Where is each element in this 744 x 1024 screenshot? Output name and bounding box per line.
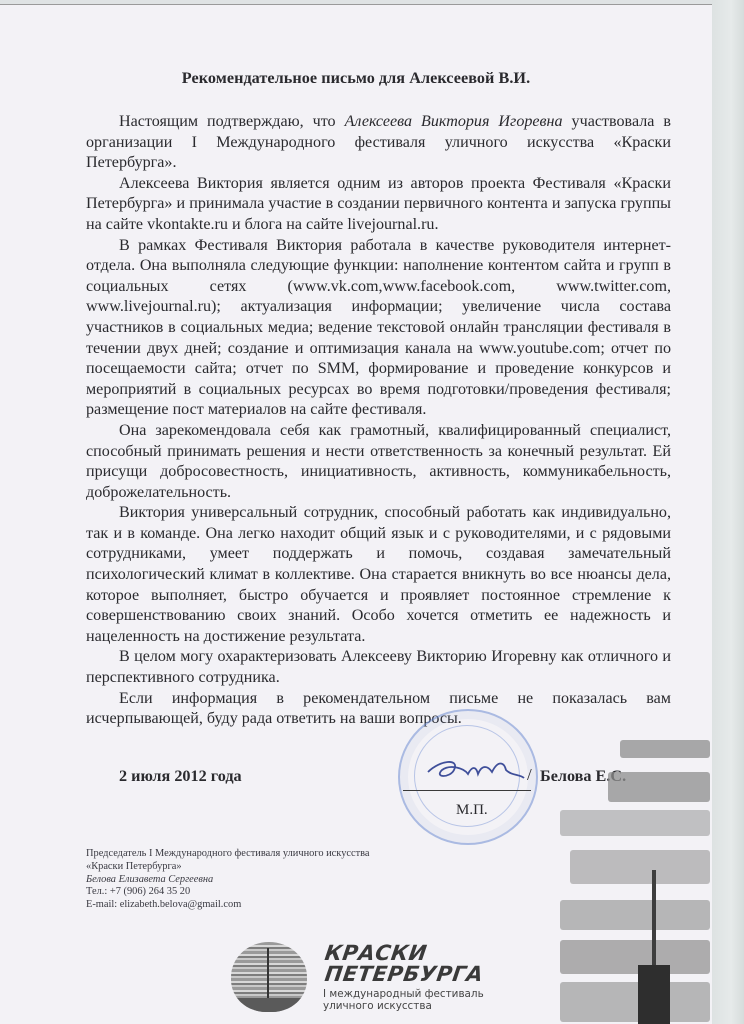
logo-subtitle-line2: уличного искусства xyxy=(323,1000,484,1012)
scanned-letter-page: Рекомендательное письмо для Алексеевой В… xyxy=(0,4,712,1024)
paragraph-intro: Настоящим подтверждаю, что Алексеева Вик… xyxy=(86,112,671,174)
signature-line xyxy=(403,790,531,791)
logo-subtitle-line1: I международный фестиваль xyxy=(323,988,484,1000)
sender-phone: Тел.: +7 (906) 264 35 20 xyxy=(86,886,370,899)
paragraph-teamwork: Виктория универсальный сотрудник, способ… xyxy=(86,503,671,647)
intro-text: Настоящим подтверждаю, что xyxy=(119,113,345,130)
sender-contact-block: Председатель I Международного фестиваля … xyxy=(86,848,370,912)
stamp-label: М.П. xyxy=(456,802,488,819)
paragraph-duties: В рамках Фестиваля Виктория работала в к… xyxy=(86,236,671,421)
festival-name: «Краски Петербурга» xyxy=(86,861,370,874)
sender-full-name: Белова Елизавета Сергеевна xyxy=(86,874,370,887)
festival-logo-image xyxy=(231,942,307,1012)
sender-position: Председатель I Международного фестиваля … xyxy=(86,848,370,861)
paragraph-authorship: Алексеева Виктория является одним из авт… xyxy=(86,174,671,236)
logo-subtitle: I международный фестиваль уличного искус… xyxy=(323,988,484,1012)
peter-paul-spire-artwork xyxy=(560,710,710,1024)
handwritten-signature xyxy=(420,750,530,790)
letter-body: Настоящим подтверждаю, что Алексеева Вик… xyxy=(86,112,671,730)
logo-title-line2: ПЕТЕРБУРГА xyxy=(323,962,485,986)
candidate-name: Алексеева Виктория Игоревна xyxy=(345,113,563,130)
letter-title: Рекомендательное письмо для Алексеевой В… xyxy=(0,69,712,88)
letter-date: 2 июля 2012 года xyxy=(119,767,242,786)
paragraph-summary: В целом могу охарактеризовать Алексееву … xyxy=(86,647,671,688)
page-edge xyxy=(712,0,744,1024)
signature-slash: / xyxy=(527,765,532,785)
sender-email: E-mail: elizabeth.belova@gmail.com xyxy=(86,899,370,912)
paragraph-qualities: Она зарекомендовала себя как грамотный, … xyxy=(86,421,671,503)
